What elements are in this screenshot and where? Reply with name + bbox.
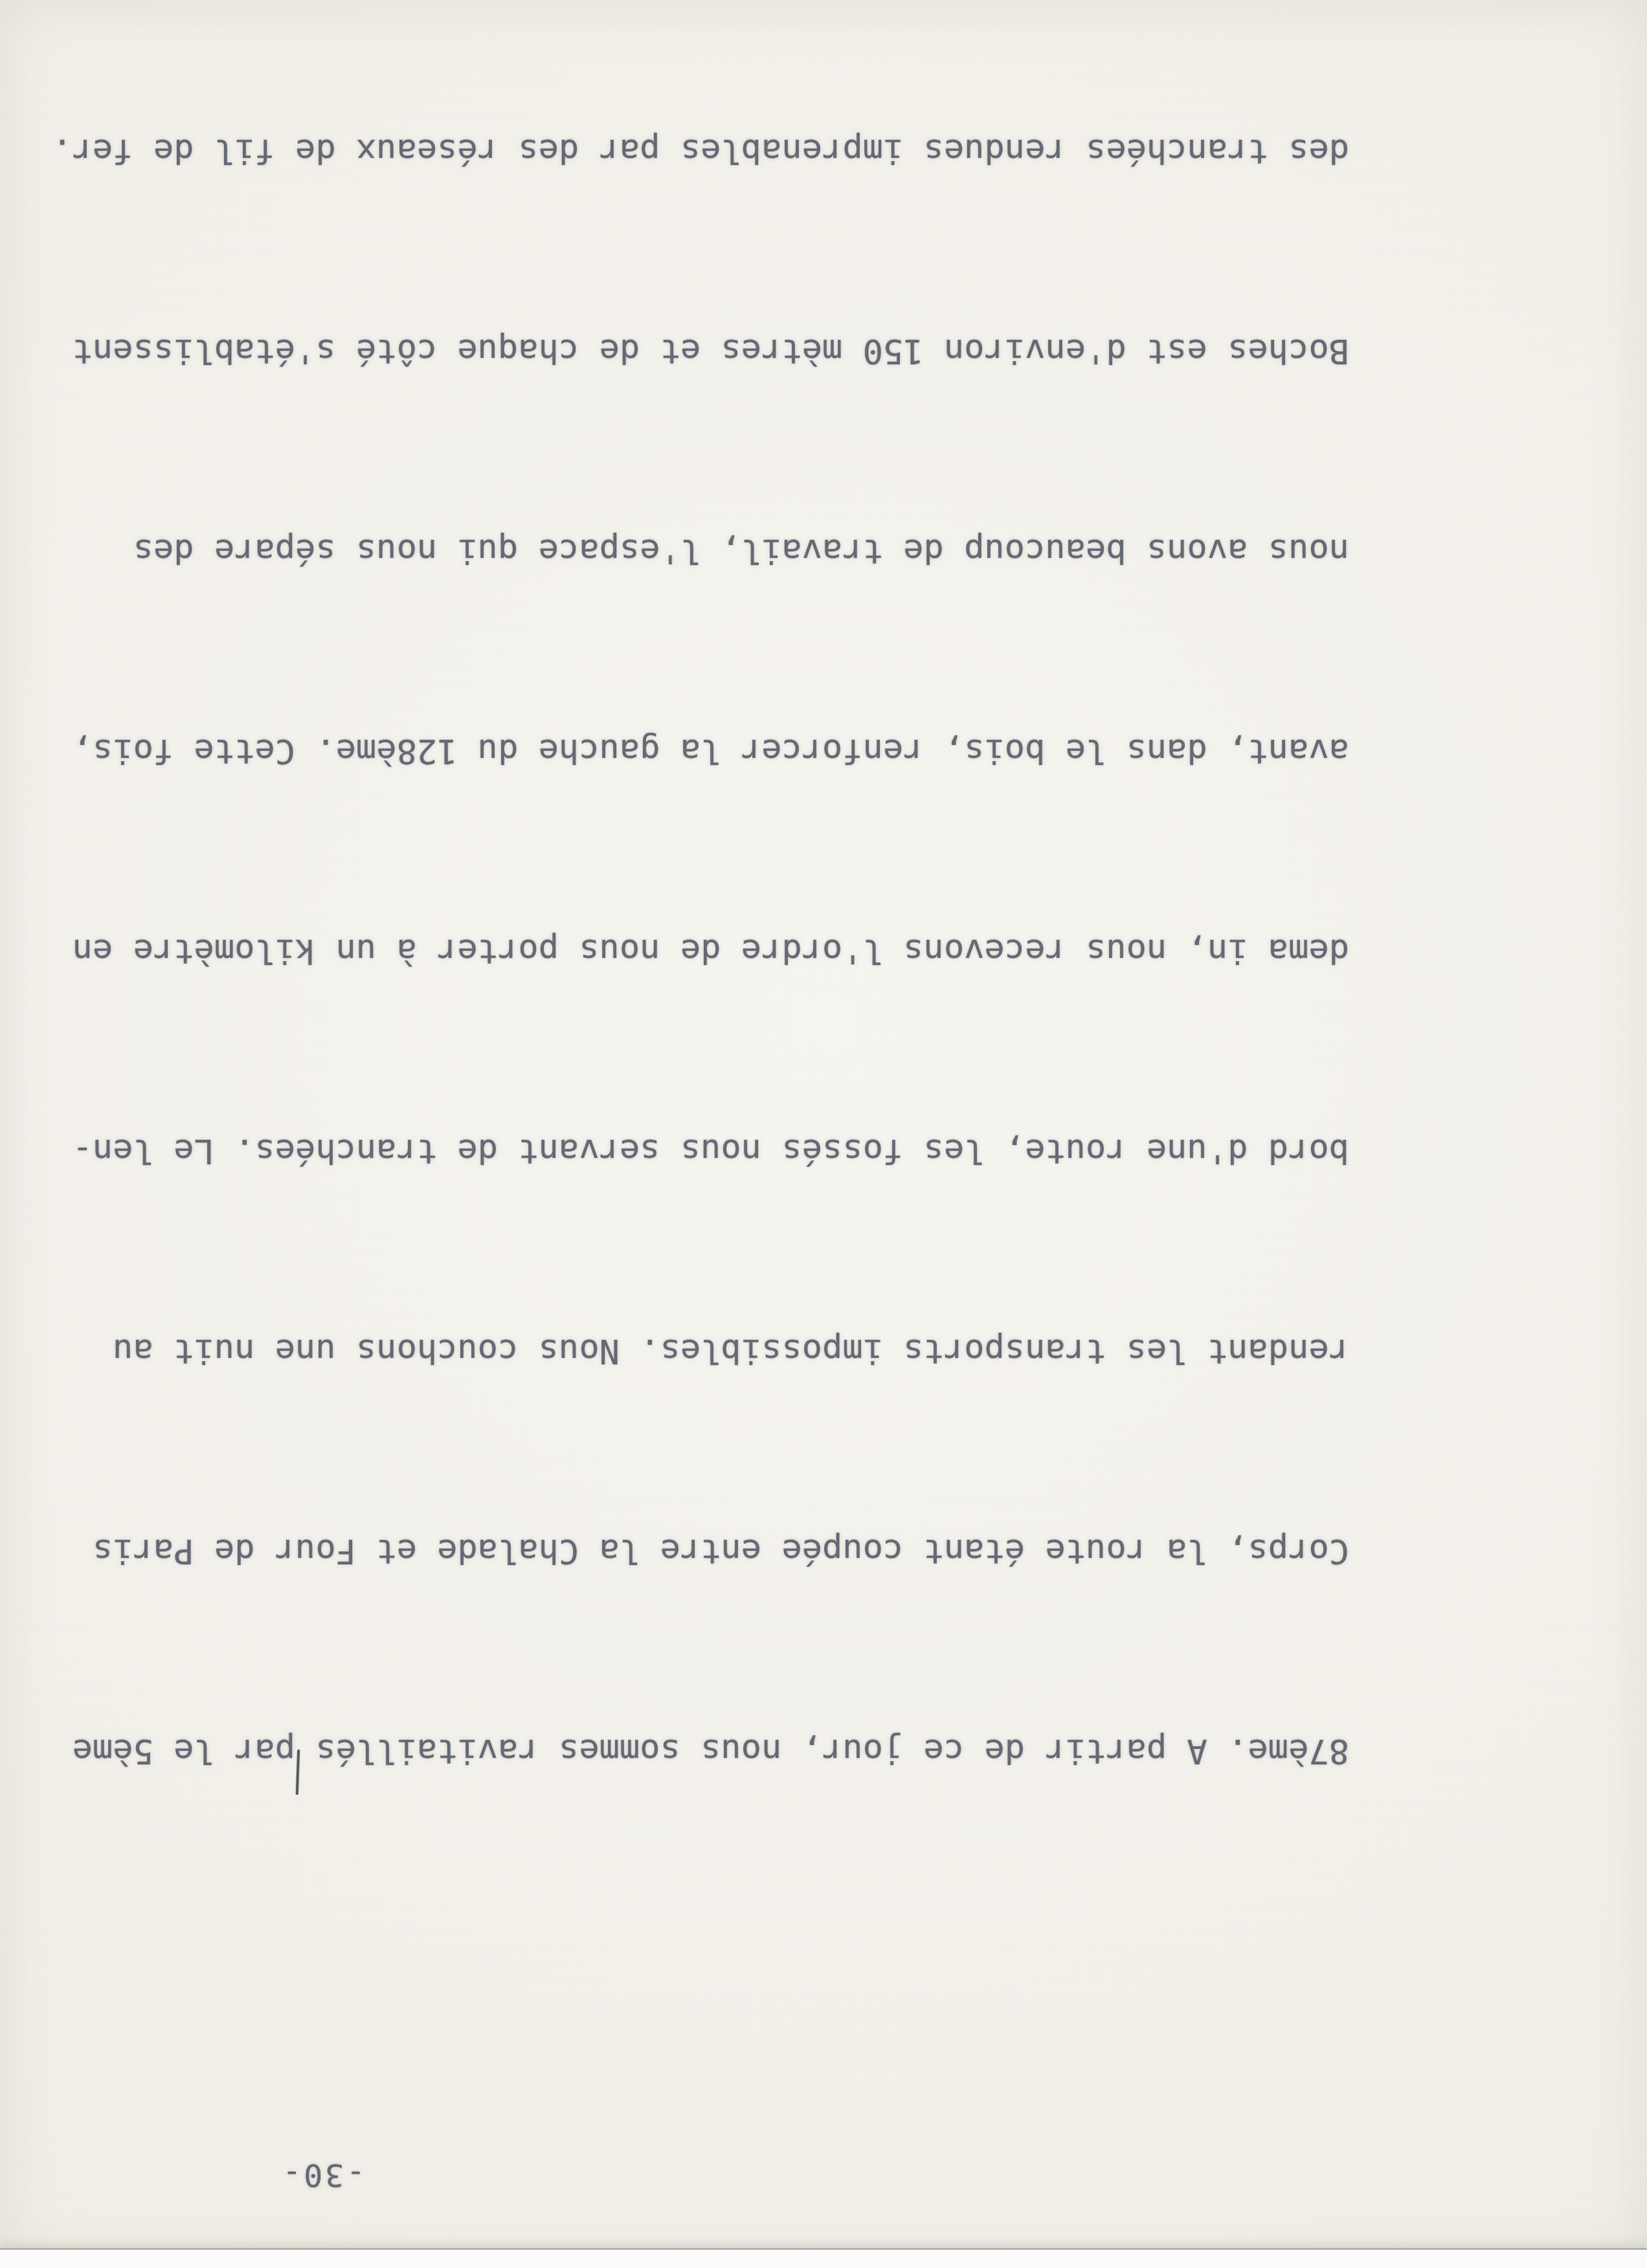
paragraph-supply-route: 87ème. A partir de ce jour, nous sommes …: [3, 0, 1349, 1917]
typed-line: dema in, nous recevons l'ordre de nous p…: [3, 917, 1349, 984]
typed-line: 87ème. A partir de ce jour, nous sommes …: [3, 1717, 1349, 1784]
upside-down-sheet: -30- 87ème. A partir de ce jour, nous so…: [0, 0, 1647, 2268]
typed-line: Corps, la route étant coupée entre la Ch…: [3, 1517, 1349, 1584]
typed-line: Boches est d'environ 150 mètres et de ch…: [3, 317, 1349, 384]
typed-line: avant, dans le bois, renforcer la gauche…: [3, 717, 1349, 784]
typed-line: rendant les transports impossibles. Nous…: [3, 1317, 1349, 1384]
typed-line: des tranchées rendues imprenables par de…: [3, 117, 1349, 184]
typed-line: nous avons beaucoup de travail, l'espace…: [3, 517, 1349, 584]
typed-line: bord d'une route, les fossés nous servan…: [3, 1117, 1349, 1184]
scanned-page: -30- 87ème. A partir de ce jour, nous so…: [0, 0, 1647, 2268]
typed-text-block: 87ème. A partir de ce jour, nous sommes …: [3, 0, 1349, 2117]
page-number: -30-: [280, 2157, 365, 2193]
sheet-edge: [0, 2248, 1647, 2268]
